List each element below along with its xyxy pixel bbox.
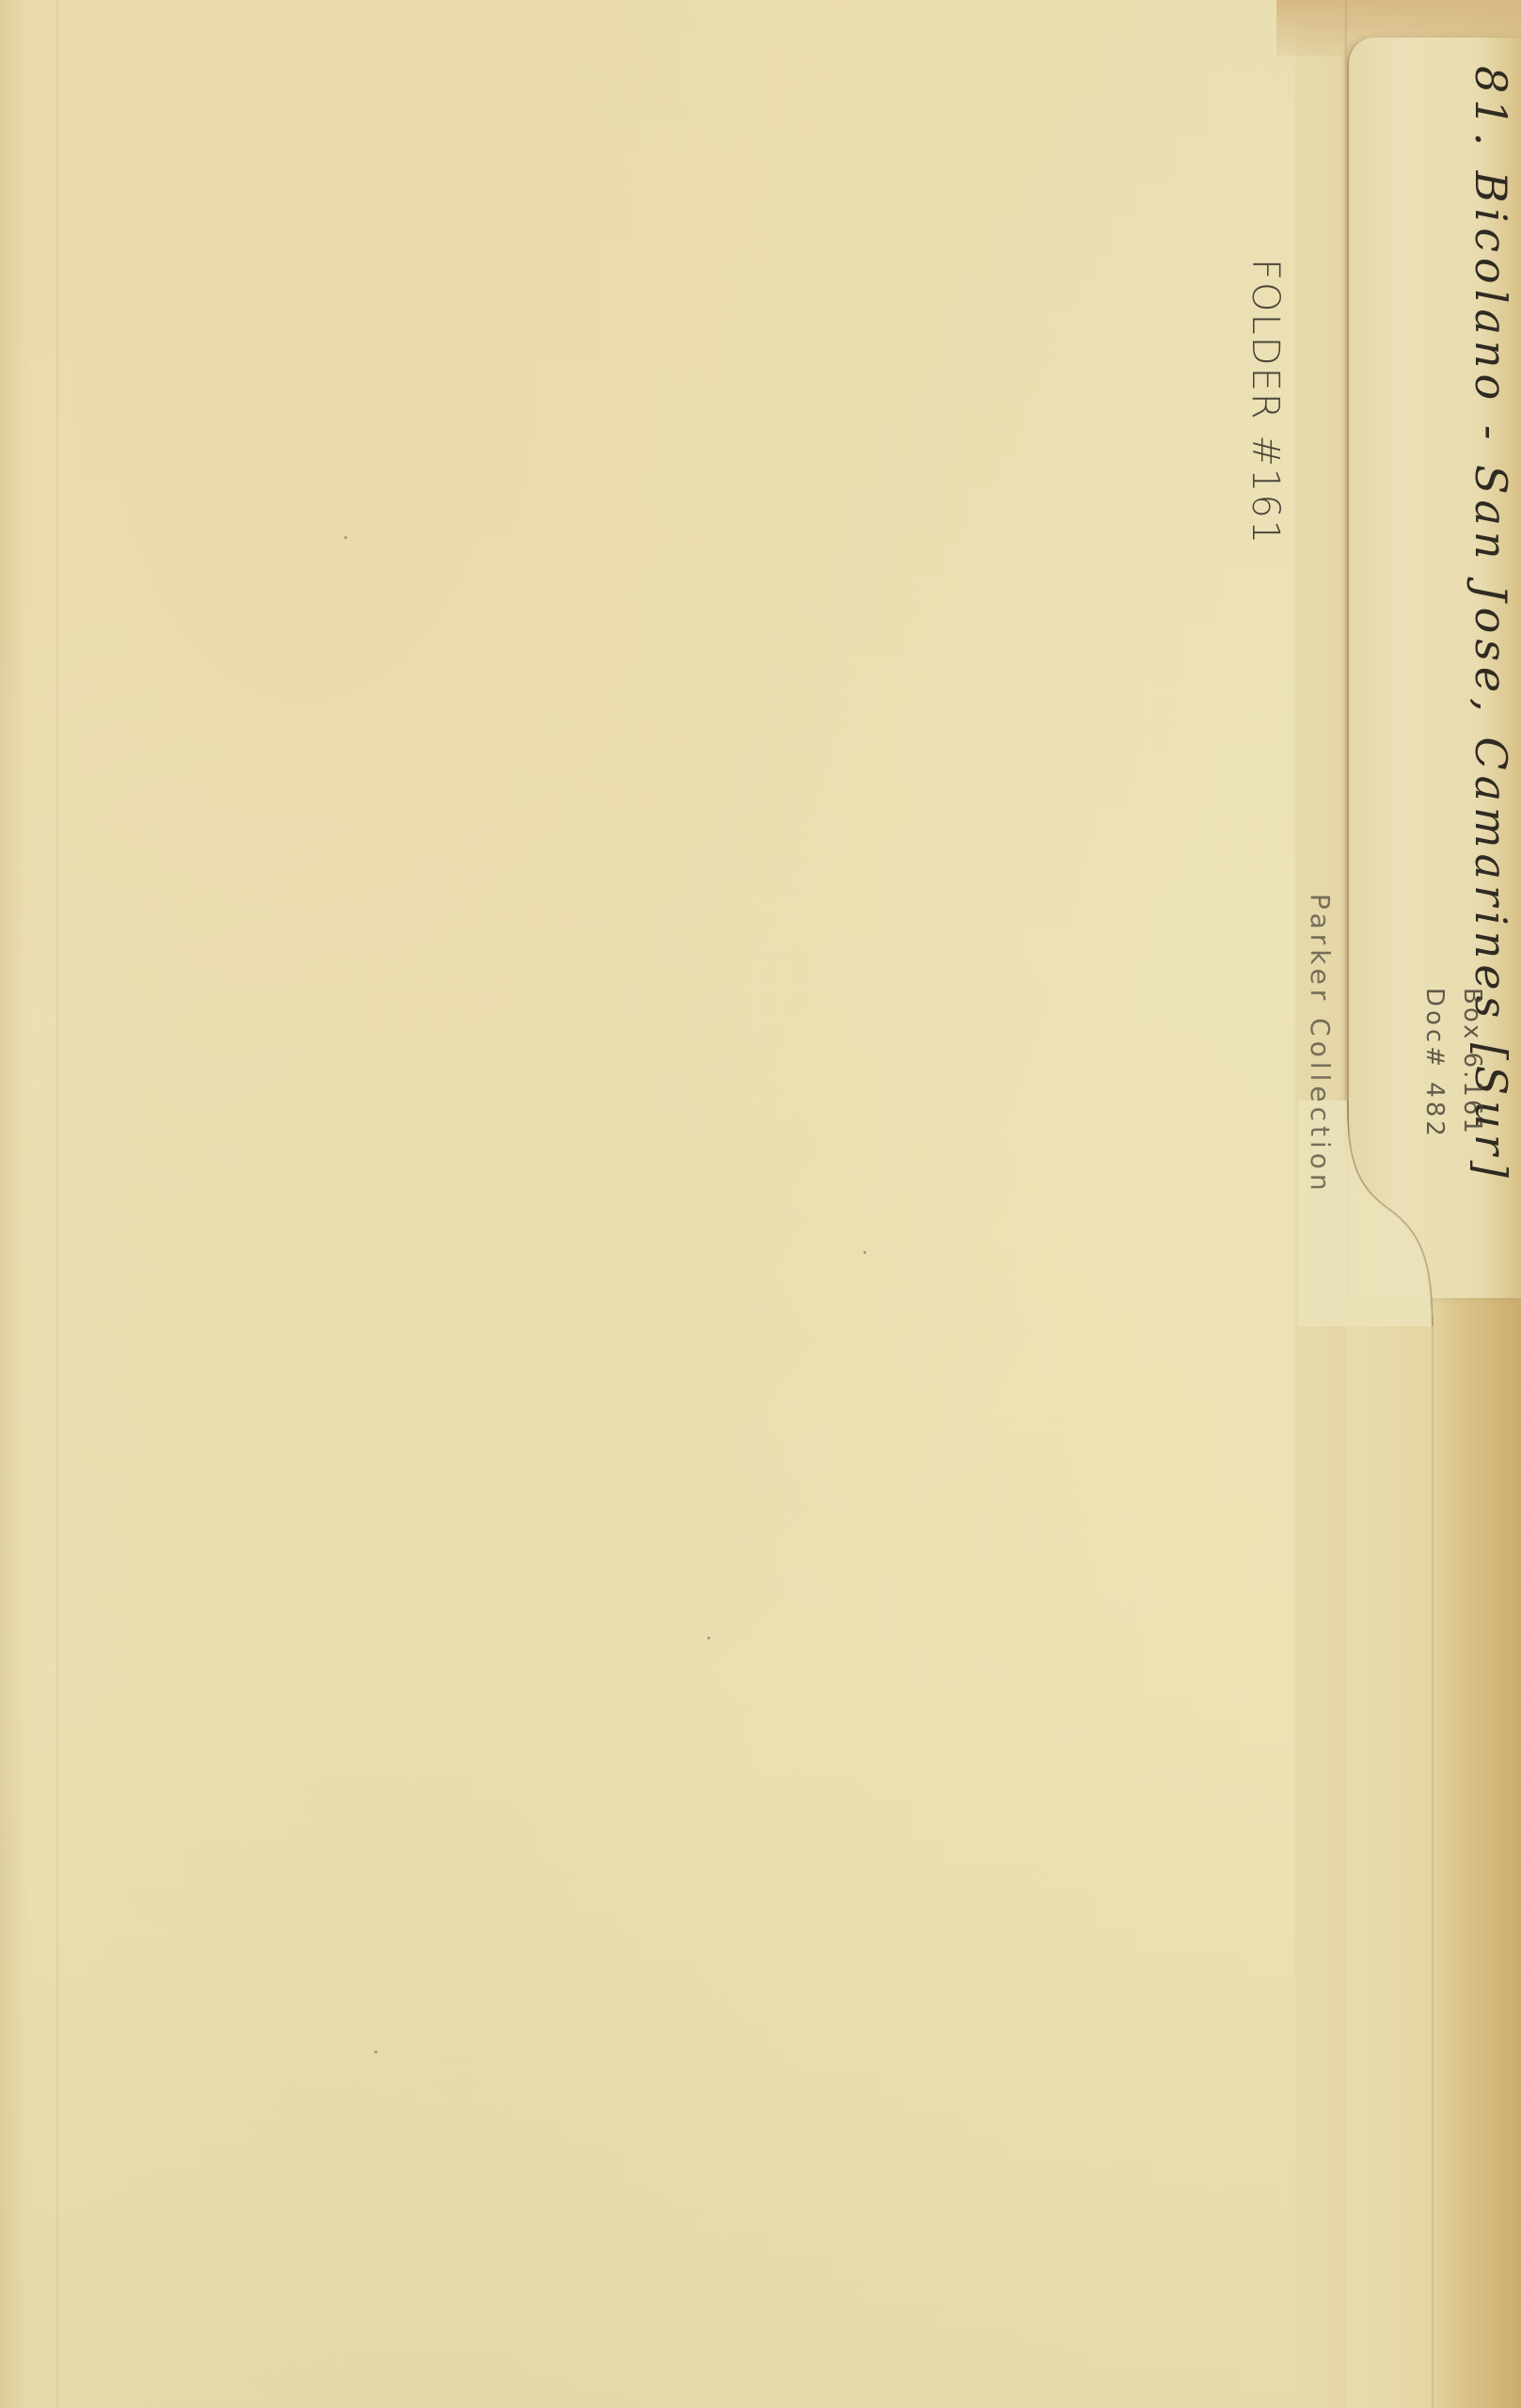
folder-number-label: FOLDER #161 <box>1244 259 1287 546</box>
folder-scan: 81. Bicolano - San Jose, Camarines [Sur]… <box>0 0 1521 2408</box>
collection-label: Parker Collection <box>1305 894 1336 1196</box>
folder-fold-line <box>56 0 58 2408</box>
box-reference: Box 6.161 <box>1458 988 1486 1136</box>
speck <box>344 536 347 539</box>
front-panel-edge <box>1343 0 1347 1157</box>
speck <box>707 1637 710 1640</box>
folder-front-panel <box>0 0 1347 2408</box>
front-panel-lower-edge <box>1430 1317 1434 2408</box>
speck <box>374 2051 377 2053</box>
speck <box>863 1251 866 1254</box>
doc-reference: Doc# 482 <box>1420 988 1449 1140</box>
folder-left-edge <box>0 0 28 2408</box>
edge-stain <box>1436 1298 1521 2408</box>
folder-front-lower <box>1347 1317 1432 2408</box>
